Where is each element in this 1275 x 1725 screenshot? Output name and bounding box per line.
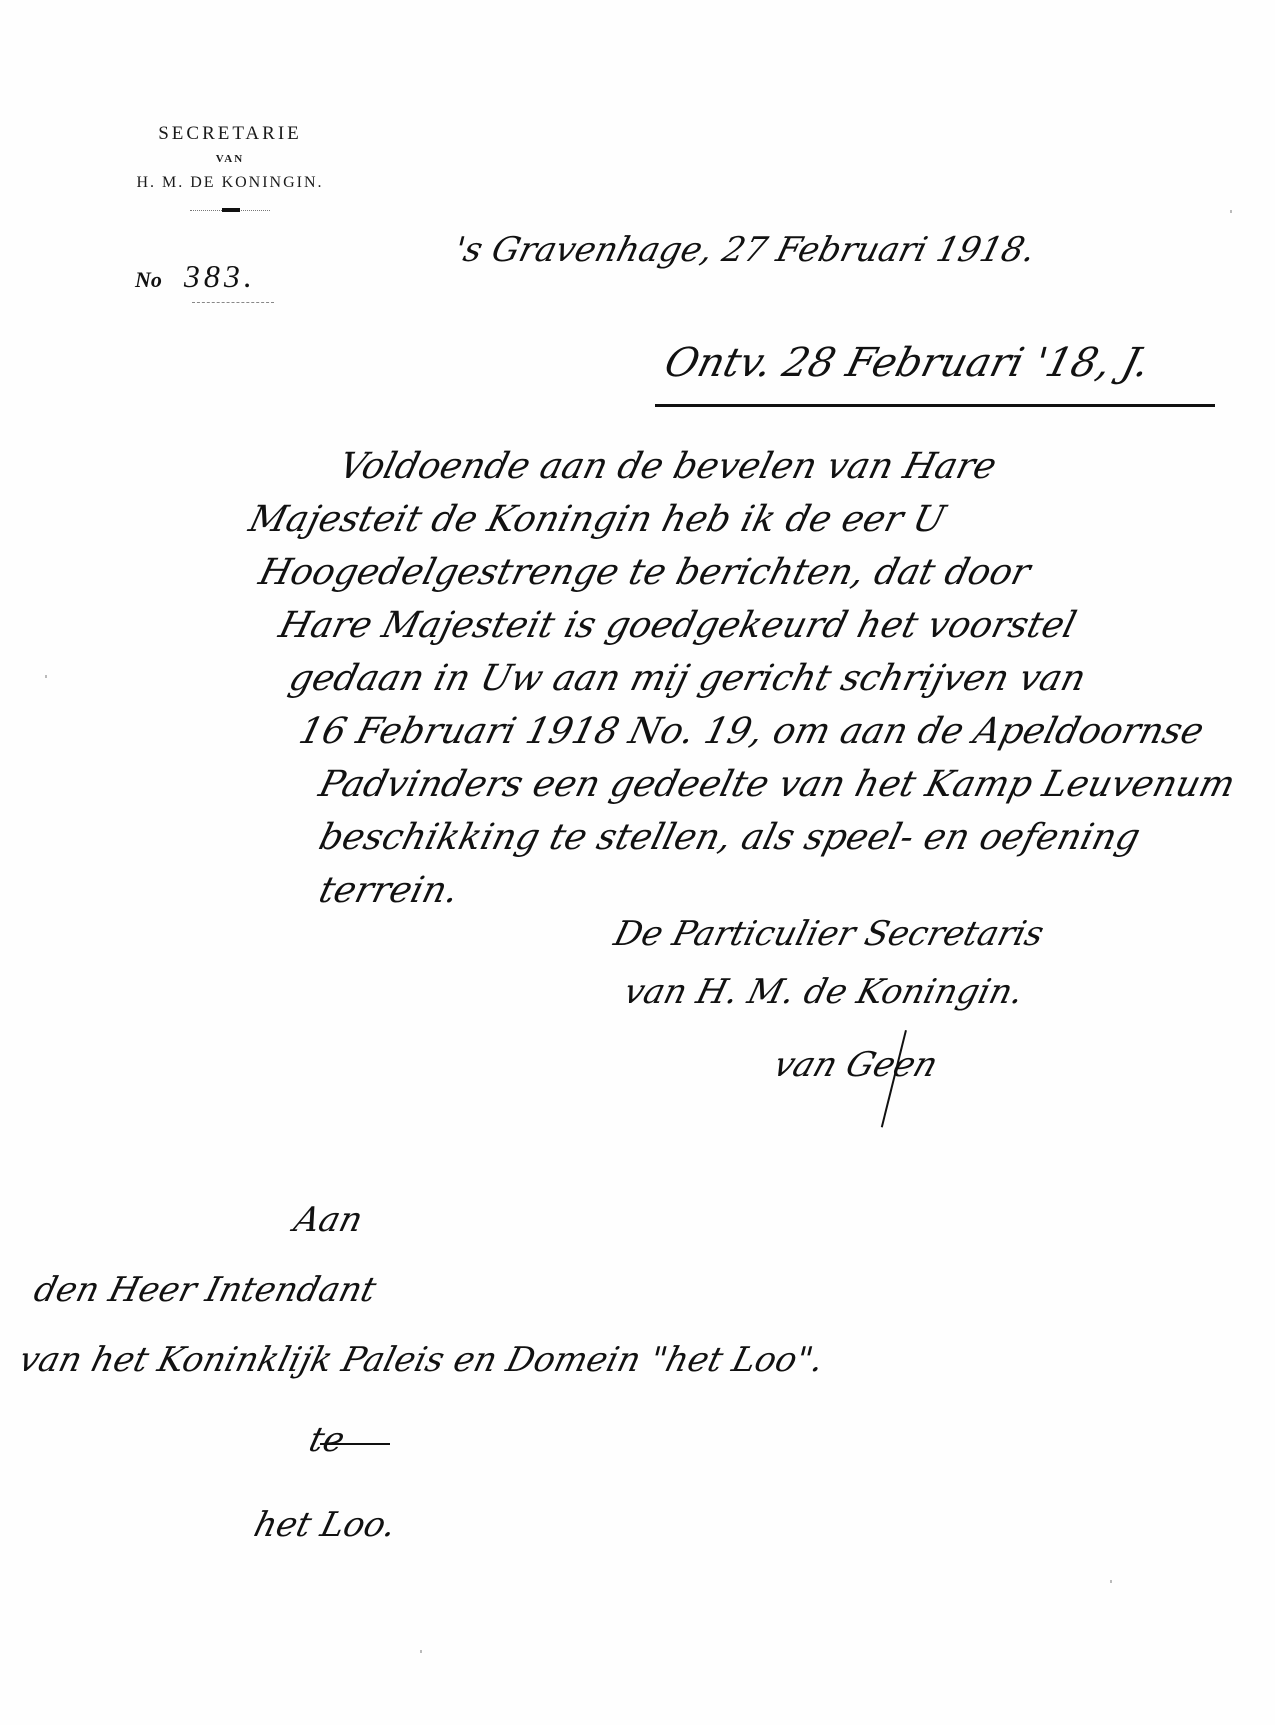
number-value: 383.	[184, 258, 256, 294]
signature: van Geen	[769, 1045, 943, 1085]
body-line: 16 Februari 1918 No. 19, om aan de Apeld…	[293, 705, 1246, 758]
received-note: Ontv. 28 Februari '18, J.	[660, 340, 1154, 386]
scan-speck	[45, 675, 47, 678]
body-line: gedaan in Uw aan mij gericht schrijven v…	[283, 652, 1236, 705]
addressee-title: den Heer Intendant	[30, 1270, 380, 1310]
body-line: Padvinders een gedeelte van het Kamp Leu…	[313, 758, 1266, 811]
number-label: No	[135, 267, 162, 292]
scan-speck	[1110, 1580, 1112, 1583]
te-overline	[320, 1443, 390, 1445]
place-date: 's Gravenhage, 27 Februari 1918.	[450, 230, 1040, 270]
scan-speck	[1230, 210, 1232, 213]
closing-block: De Particulier Secretaris van H. M. de K…	[615, 905, 1043, 1021]
letter-page: SECRETARIE VAN H. M. DE KONINGIN. No 383…	[0, 0, 1275, 1725]
number-underline	[192, 302, 274, 303]
letterhead: SECRETARIE VAN H. M. DE KONINGIN.	[100, 122, 360, 214]
body-line: Hoogedelgestrenge te berichten, dat door	[253, 546, 1206, 599]
divider-bar	[222, 208, 240, 212]
letterhead-office: H. M. DE KONINGIN.	[100, 172, 360, 194]
letterhead-divider	[190, 208, 270, 214]
addressee-te: te	[305, 1420, 349, 1460]
scan-speck	[420, 1650, 422, 1653]
body-line: beschikking te stellen, als speel- en oe…	[313, 811, 1266, 864]
body-line: Majesteit de Koningin heb ik de eer U	[243, 493, 1196, 546]
closing-office: van H. M. de Koningin.	[618, 963, 1050, 1021]
body-line: Voldoende aan de bevelen van Hare	[333, 440, 1275, 493]
addressee-place: het Loo.	[250, 1505, 400, 1545]
letterhead-van: VAN	[100, 150, 360, 168]
letter-body: Voldoende aan de bevelen van Hare Majest…	[300, 440, 1240, 917]
addressee-institution: van het Koninklijk Paleis en Domein "het…	[15, 1340, 828, 1380]
closing-title: De Particulier Secretaris	[608, 905, 1050, 963]
letter-number: No 383.	[135, 258, 256, 295]
addressee-aan: Aan	[290, 1200, 367, 1240]
received-underline	[655, 404, 1215, 407]
letterhead-title: SECRETARIE	[100, 122, 360, 146]
body-line: Hare Majesteit is goedgekeurd het voorst…	[273, 599, 1226, 652]
